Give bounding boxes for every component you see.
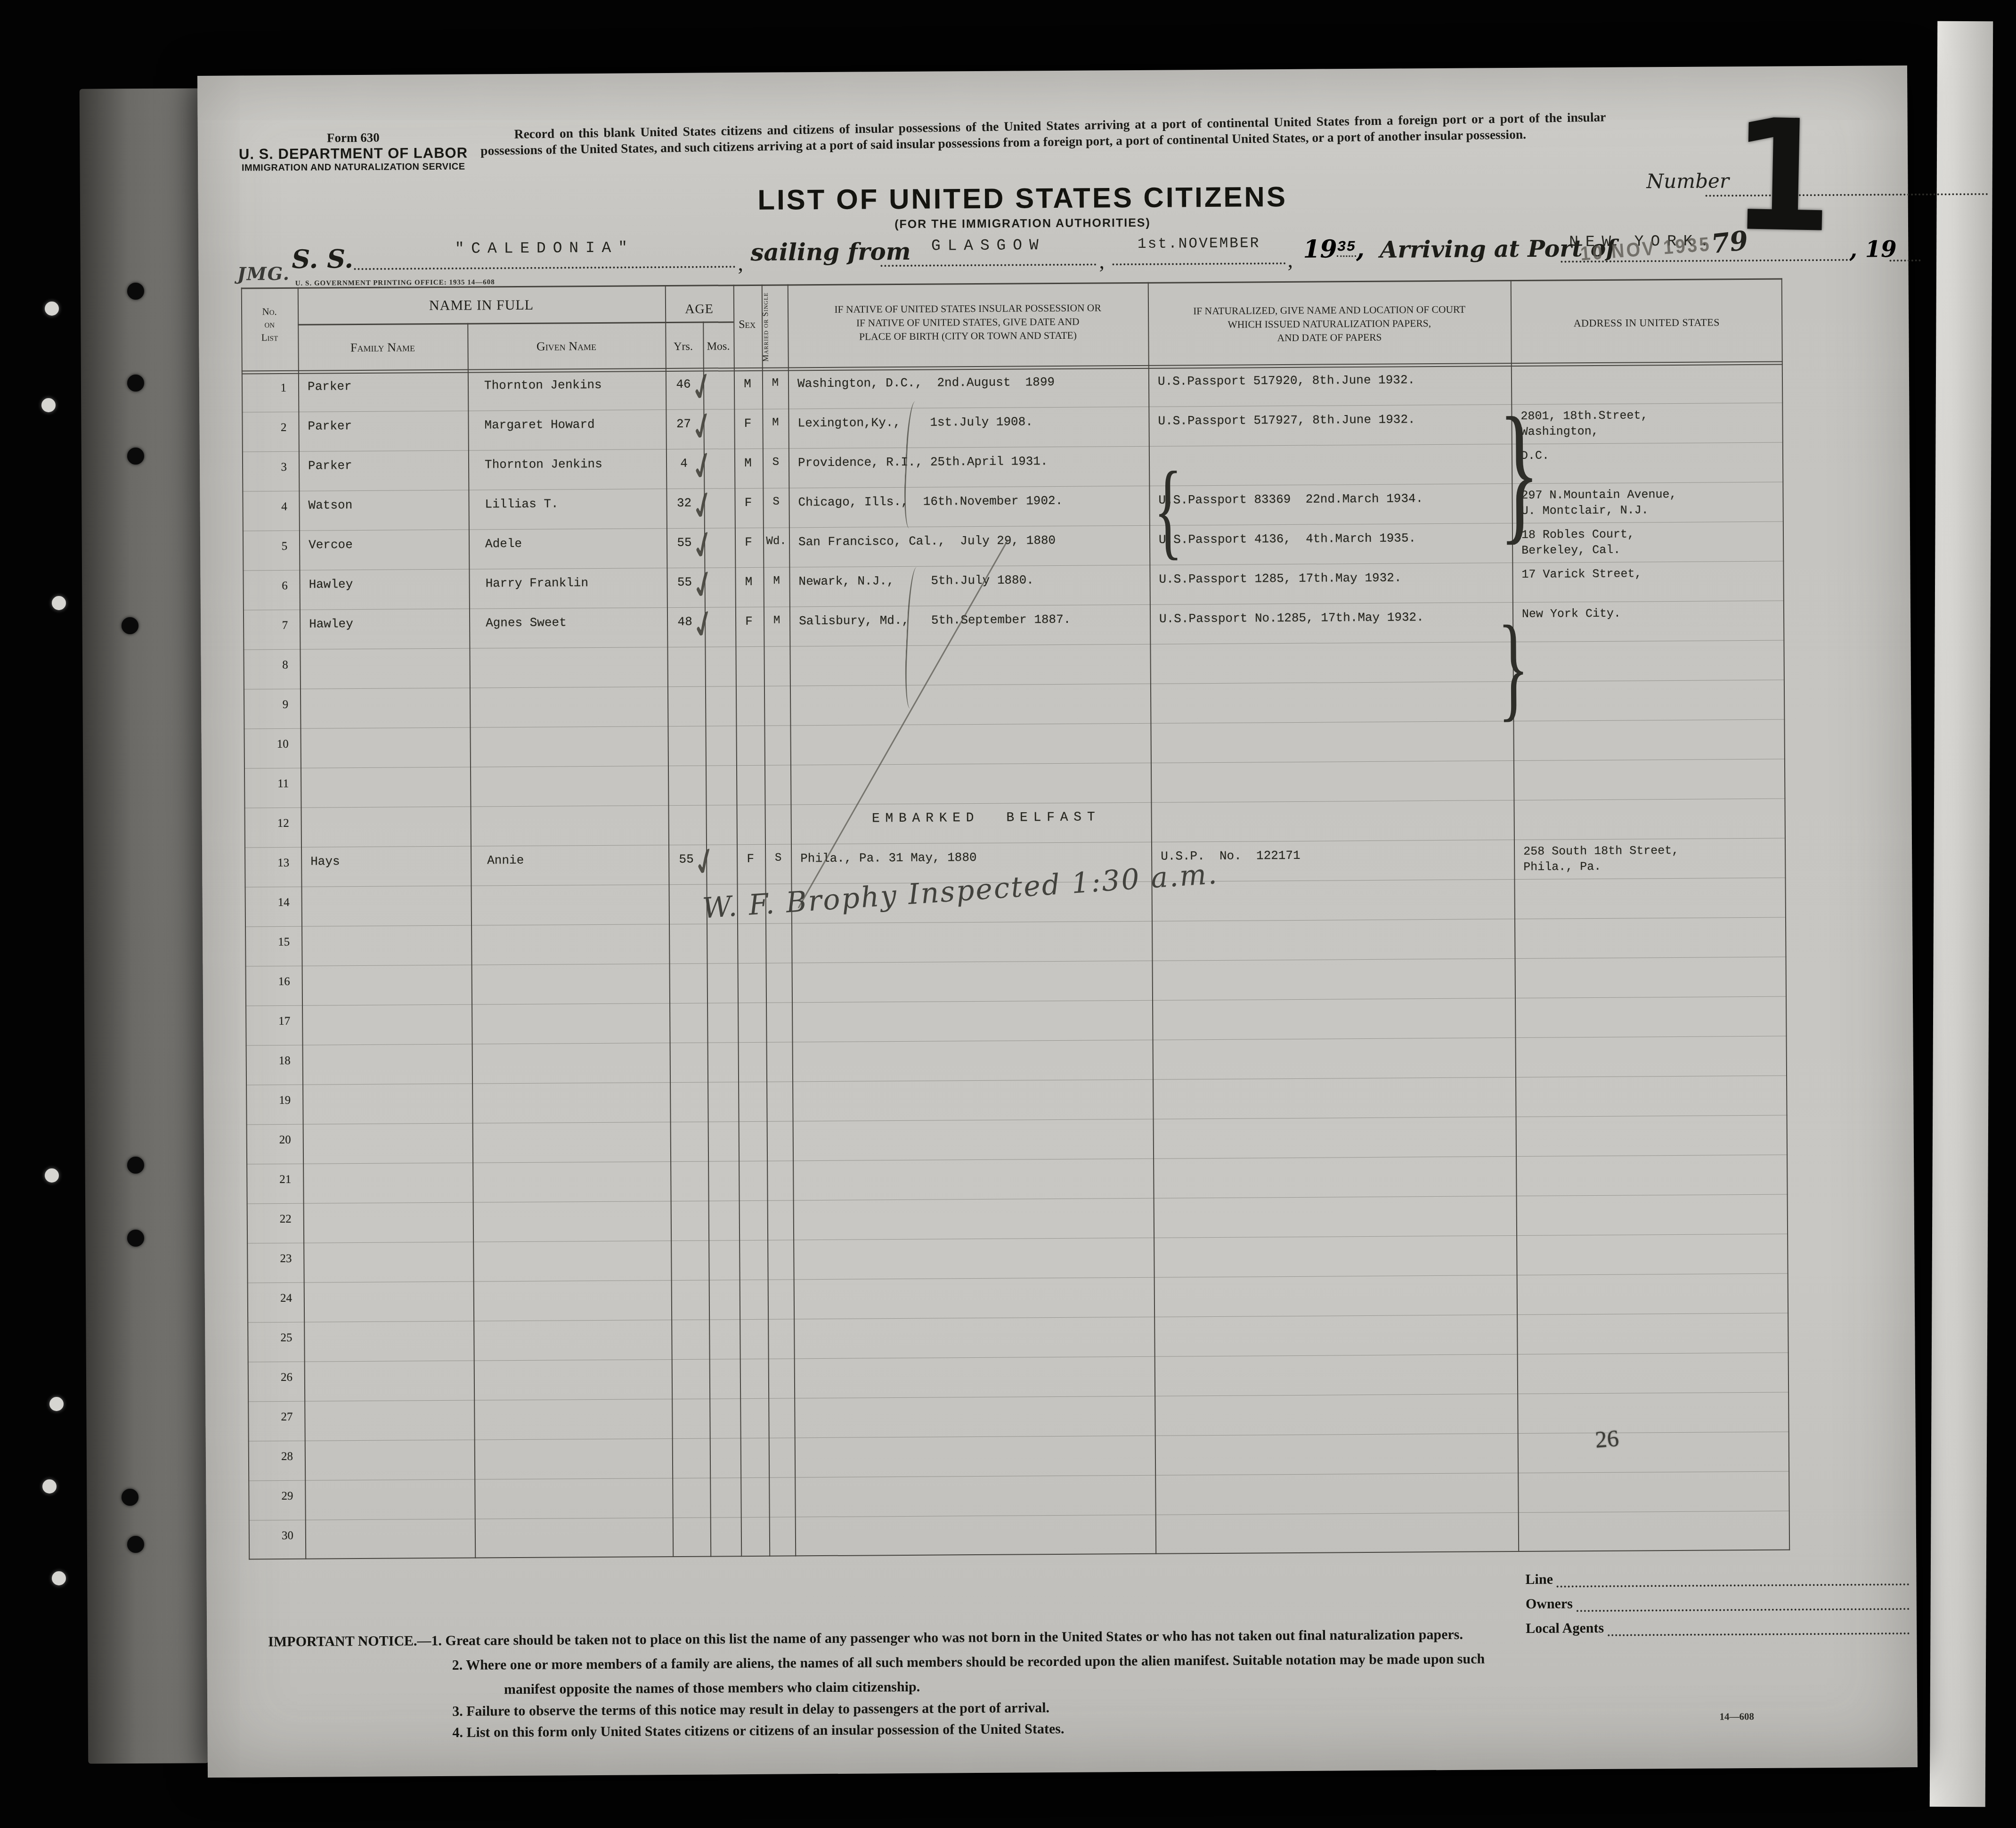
cell-addr: 2801, 18th.Street, Washington, (1520, 408, 1777, 440)
notice-line-5: 4. List on this form only United States … (452, 1721, 1064, 1741)
cell-sex: M (733, 456, 763, 470)
footer-print-code: 14—608 (1719, 1711, 1754, 1722)
cell-nat: U.S.Passport 83369 22nd.March 1934. (1158, 491, 1504, 507)
agency-block: Form 630 U. S. DEPARTMENT OF LABOR IMMIG… (207, 130, 500, 174)
departure-port-field: GLASGOW (880, 236, 1096, 267)
cell-addr: D.C. (1521, 447, 1778, 464)
owners-field: Owners (1526, 1592, 1910, 1612)
col-header-no-on-list: No. on List (241, 305, 298, 344)
cell-addr: 18 Robles Court, Berkeley, Cal. (1521, 526, 1778, 558)
cell-no: 11 (244, 777, 289, 791)
cell-addr: 258 South 18th Street, Phila., Pa. (1523, 843, 1780, 875)
notice-line-1: IMPORTANT NOTICE.—1. Great care should b… (268, 1627, 1463, 1650)
hole-punch (127, 375, 144, 392)
cell-nat: U.S.Passport 517927, 8th.June 1932. (1158, 412, 1504, 428)
cell-given: Thornton Jenkins (484, 377, 673, 392)
hole-punch (127, 1157, 144, 1174)
grid-line (298, 321, 733, 326)
notice-line-3: manifest opposite the names of those mem… (504, 1679, 920, 1697)
owners-label: Owners (1526, 1596, 1573, 1612)
cell-given: Agnes Sweet (486, 615, 674, 630)
hole-punch (45, 302, 59, 316)
hole-punch (52, 1571, 66, 1585)
cell-given: Harry Franklin (486, 575, 674, 590)
cell-birth: Providence, R.I., 25th.April 1931. (798, 454, 1149, 470)
photo-scan-background: { "form": { "form_id": "Form 630", "depa… (0, 0, 2016, 1828)
cell-birth: San Francisco, Cal., July 29, 1880 (798, 533, 1149, 549)
year-typed: 35 (1337, 239, 1357, 257)
cell-no: 12 (244, 817, 289, 831)
passport-group-brace: { (1154, 447, 1183, 571)
cell-sex: F (733, 416, 762, 431)
cell-family: Hays (310, 854, 473, 869)
scan-stage: Form 630 U. S. DEPARTMENT OF LABOR IMMIG… (0, 0, 2016, 1828)
cell-family: Hawley (309, 577, 471, 592)
hole-punch (127, 1230, 144, 1247)
cell-birth: Salisbury, Md., 5th.September 1887. (799, 612, 1150, 628)
ship-name-field: "CALEDONIA" (354, 238, 735, 270)
departure-port: GLASGOW (931, 237, 1046, 254)
arrival-year-blank (1889, 236, 1920, 261)
cell-no: 25 (247, 1331, 292, 1345)
notice-line-2: 2. Where one or more members of a family… (452, 1651, 1485, 1673)
comma-separator: , (1099, 248, 1105, 273)
cell-no: 24 (247, 1292, 292, 1306)
hole-punch (45, 1168, 59, 1183)
cell-family: Vercoe (309, 537, 471, 552)
hole-punch (122, 1489, 138, 1506)
cell-nat: U.S.Passport 1285, 17th.May 1932. (1159, 570, 1505, 586)
col-header-address: ADDRESS IN UNITED STATES (1511, 316, 1782, 330)
cell-family: Parker (308, 379, 470, 394)
cell-no: 10 (244, 738, 289, 751)
cell-ms: Wd. (762, 535, 790, 547)
cell-no: 28 (248, 1450, 293, 1464)
sheet-number-pencil: 79 (1710, 225, 1750, 260)
manifest-table: No. on List NAME IN FULL AGE Family Name… (241, 278, 1790, 1560)
manifest-sheet: Form 630 U. S. DEPARTMENT OF LABOR IMMIG… (197, 65, 1918, 1778)
cell-family: Hawley (309, 616, 471, 631)
address-group-brace: } (1498, 383, 1540, 562)
owners-blank (1577, 1592, 1910, 1612)
cell-sex: M (734, 575, 763, 589)
page-title: LIST OF UNITED STATES CITIZENS (575, 180, 1470, 218)
cell-no: 14 (245, 896, 290, 910)
local-agents-label: Local Agents (1526, 1620, 1604, 1637)
cell-ms: M (761, 376, 789, 389)
cell-no: 26 (248, 1371, 293, 1385)
col-header-birthplace: IF NATIVE OF UNITED STATES INSULAR POSSE… (788, 301, 1148, 344)
cell-sex: F (736, 852, 765, 866)
sailing-date-field: 1st.NOVEMBER (1112, 235, 1285, 265)
cell-sex: F (734, 614, 764, 628)
cell-no: 29 (248, 1490, 293, 1503)
year-group: 1935, (1303, 235, 1365, 264)
year-printed: 19 (1303, 235, 1337, 263)
cell-given: Adele (485, 536, 674, 551)
cell-no: 27 (248, 1411, 293, 1424)
col-header-given-name: Given Name (467, 339, 665, 354)
cell-ms: S (762, 456, 790, 468)
cell-ms: S (762, 495, 790, 508)
backing-page-edge (80, 88, 209, 1763)
cell-given: Thornton Jenkins (485, 457, 673, 472)
page-subtitle: (FOR THE IMMIGRATION AUTHORITIES) (575, 214, 1470, 234)
cell-no: 7 (243, 619, 288, 633)
hole-punch (41, 398, 56, 412)
cell-given: Lillias T. (485, 496, 673, 511)
col-header-name-in-full: NAME IN FULL (298, 296, 665, 315)
col-header-mos: Mos. (703, 340, 733, 353)
hole-punch (42, 1479, 57, 1493)
department-name: U. S. DEPARTMENT OF LABOR (207, 144, 499, 163)
clerk-initials: JMG. (237, 263, 290, 285)
comma-separator: , (738, 251, 743, 276)
address-group-brace: } (1497, 599, 1529, 735)
cell-no: 30 (249, 1529, 293, 1543)
cell-no: 5 (243, 540, 287, 554)
cell-no: 6 (243, 579, 288, 593)
cell-no: 8 (244, 659, 288, 672)
hole-punch (122, 617, 138, 634)
cell-family: Parker (308, 418, 470, 433)
cell-birth: Washington, D.C., 2nd.August 1899 (797, 375, 1148, 391)
hole-punch (127, 1536, 144, 1553)
embarked-note: EMBARKED BELFAST (800, 810, 1172, 827)
cell-addr: New York City. (1522, 605, 1779, 622)
cell-family: Watson (308, 498, 471, 513)
hole-punch (52, 596, 66, 610)
service-name: IMMIGRATION AND NATURALIZATION SERVICE (207, 161, 499, 174)
adjacent-page-edge (1930, 21, 1993, 1807)
cell-addr: 17 Varick Street, (1521, 566, 1778, 583)
cell-birth: Lexington,Ky., 1st.July 1908. (797, 414, 1148, 431)
cell-no: 15 (245, 936, 290, 949)
ss-label: S. S. (292, 244, 353, 274)
cell-no: 9 (244, 698, 288, 712)
cell-no: 18 (246, 1054, 291, 1068)
cell-no: 17 (245, 1015, 290, 1028)
cell-addr: 297 N.Mountain Avenue, U. Montclair, N.J… (1521, 487, 1778, 519)
cell-birth: Newark, N.J., 5th.July 1880. (798, 572, 1149, 589)
cell-no: 13 (244, 857, 289, 870)
cell-no: 4 (243, 500, 287, 514)
cell-family: Parker (308, 458, 471, 473)
cell-birth: Phila., Pa. 31 May, 1880 (800, 849, 1151, 866)
form-preamble: Record on this blank United States citiz… (480, 109, 1606, 159)
cell-nat: U.S.Passport 4136, 4th.March 1935. (1159, 530, 1505, 547)
hole-punch (49, 1397, 64, 1411)
cell-no: 20 (246, 1134, 291, 1147)
col-header-yrs: Yrs. (663, 341, 703, 354)
line-field: Line (1525, 1567, 1909, 1588)
col-header-naturalization: IF NATURALIZED, GIVE NAME AND LOCATION O… (1148, 302, 1511, 346)
cell-ms: S (764, 851, 792, 864)
local-agents-field: Local Agents (1526, 1616, 1910, 1637)
cell-birth: Chicago, Ills., 16th.November 1902. (798, 493, 1149, 510)
cell-no: 23 (247, 1252, 292, 1266)
local-agents-blank (1608, 1616, 1910, 1636)
cell-no: 19 (246, 1094, 291, 1108)
cell-sex: M (733, 377, 762, 391)
cell-sex: F (733, 496, 763, 510)
col-header-family-name: Family Name (298, 340, 467, 355)
comma-separator: , (1356, 235, 1365, 263)
cell-ms: M (762, 574, 790, 587)
line-blank (1557, 1567, 1910, 1588)
col-header-married-or-single: Married or Single (761, 288, 788, 365)
tally-stamp: 26 (1594, 1424, 1620, 1453)
hole-punch (127, 448, 144, 465)
cell-no: 16 (245, 975, 290, 989)
cell-no: 2 (242, 421, 286, 435)
line-label: Line (1525, 1572, 1553, 1588)
cell-ms: M (763, 614, 791, 627)
col-header-age: AGE (665, 302, 733, 317)
ship-name: "CALEDONIA" (455, 239, 634, 257)
cell-nat: U.S.Passport 517920, 8th.June 1932. (1158, 372, 1504, 388)
cell-sex: F (734, 535, 763, 549)
sailing-date: 1st.NOVEMBER (1138, 235, 1260, 253)
col-header-sex: Sex (732, 318, 762, 331)
comma-separator: , (1287, 247, 1293, 272)
cell-given: Margaret Howard (484, 417, 673, 432)
cell-no: 3 (242, 461, 287, 474)
notice-line-4: 3. Failure to observe the terms of this … (452, 1700, 1049, 1720)
cell-nat: U.S.Passport No.1285, 17th.May 1932. (1159, 610, 1505, 626)
cell-no: 1 (242, 382, 286, 395)
cell-no: 22 (247, 1213, 292, 1226)
cell-ms: M (761, 416, 789, 429)
hole-punch (127, 283, 144, 300)
cell-given: Annie (487, 852, 675, 867)
form-number: Form 630 (207, 130, 499, 146)
cell-no: 21 (246, 1173, 291, 1187)
